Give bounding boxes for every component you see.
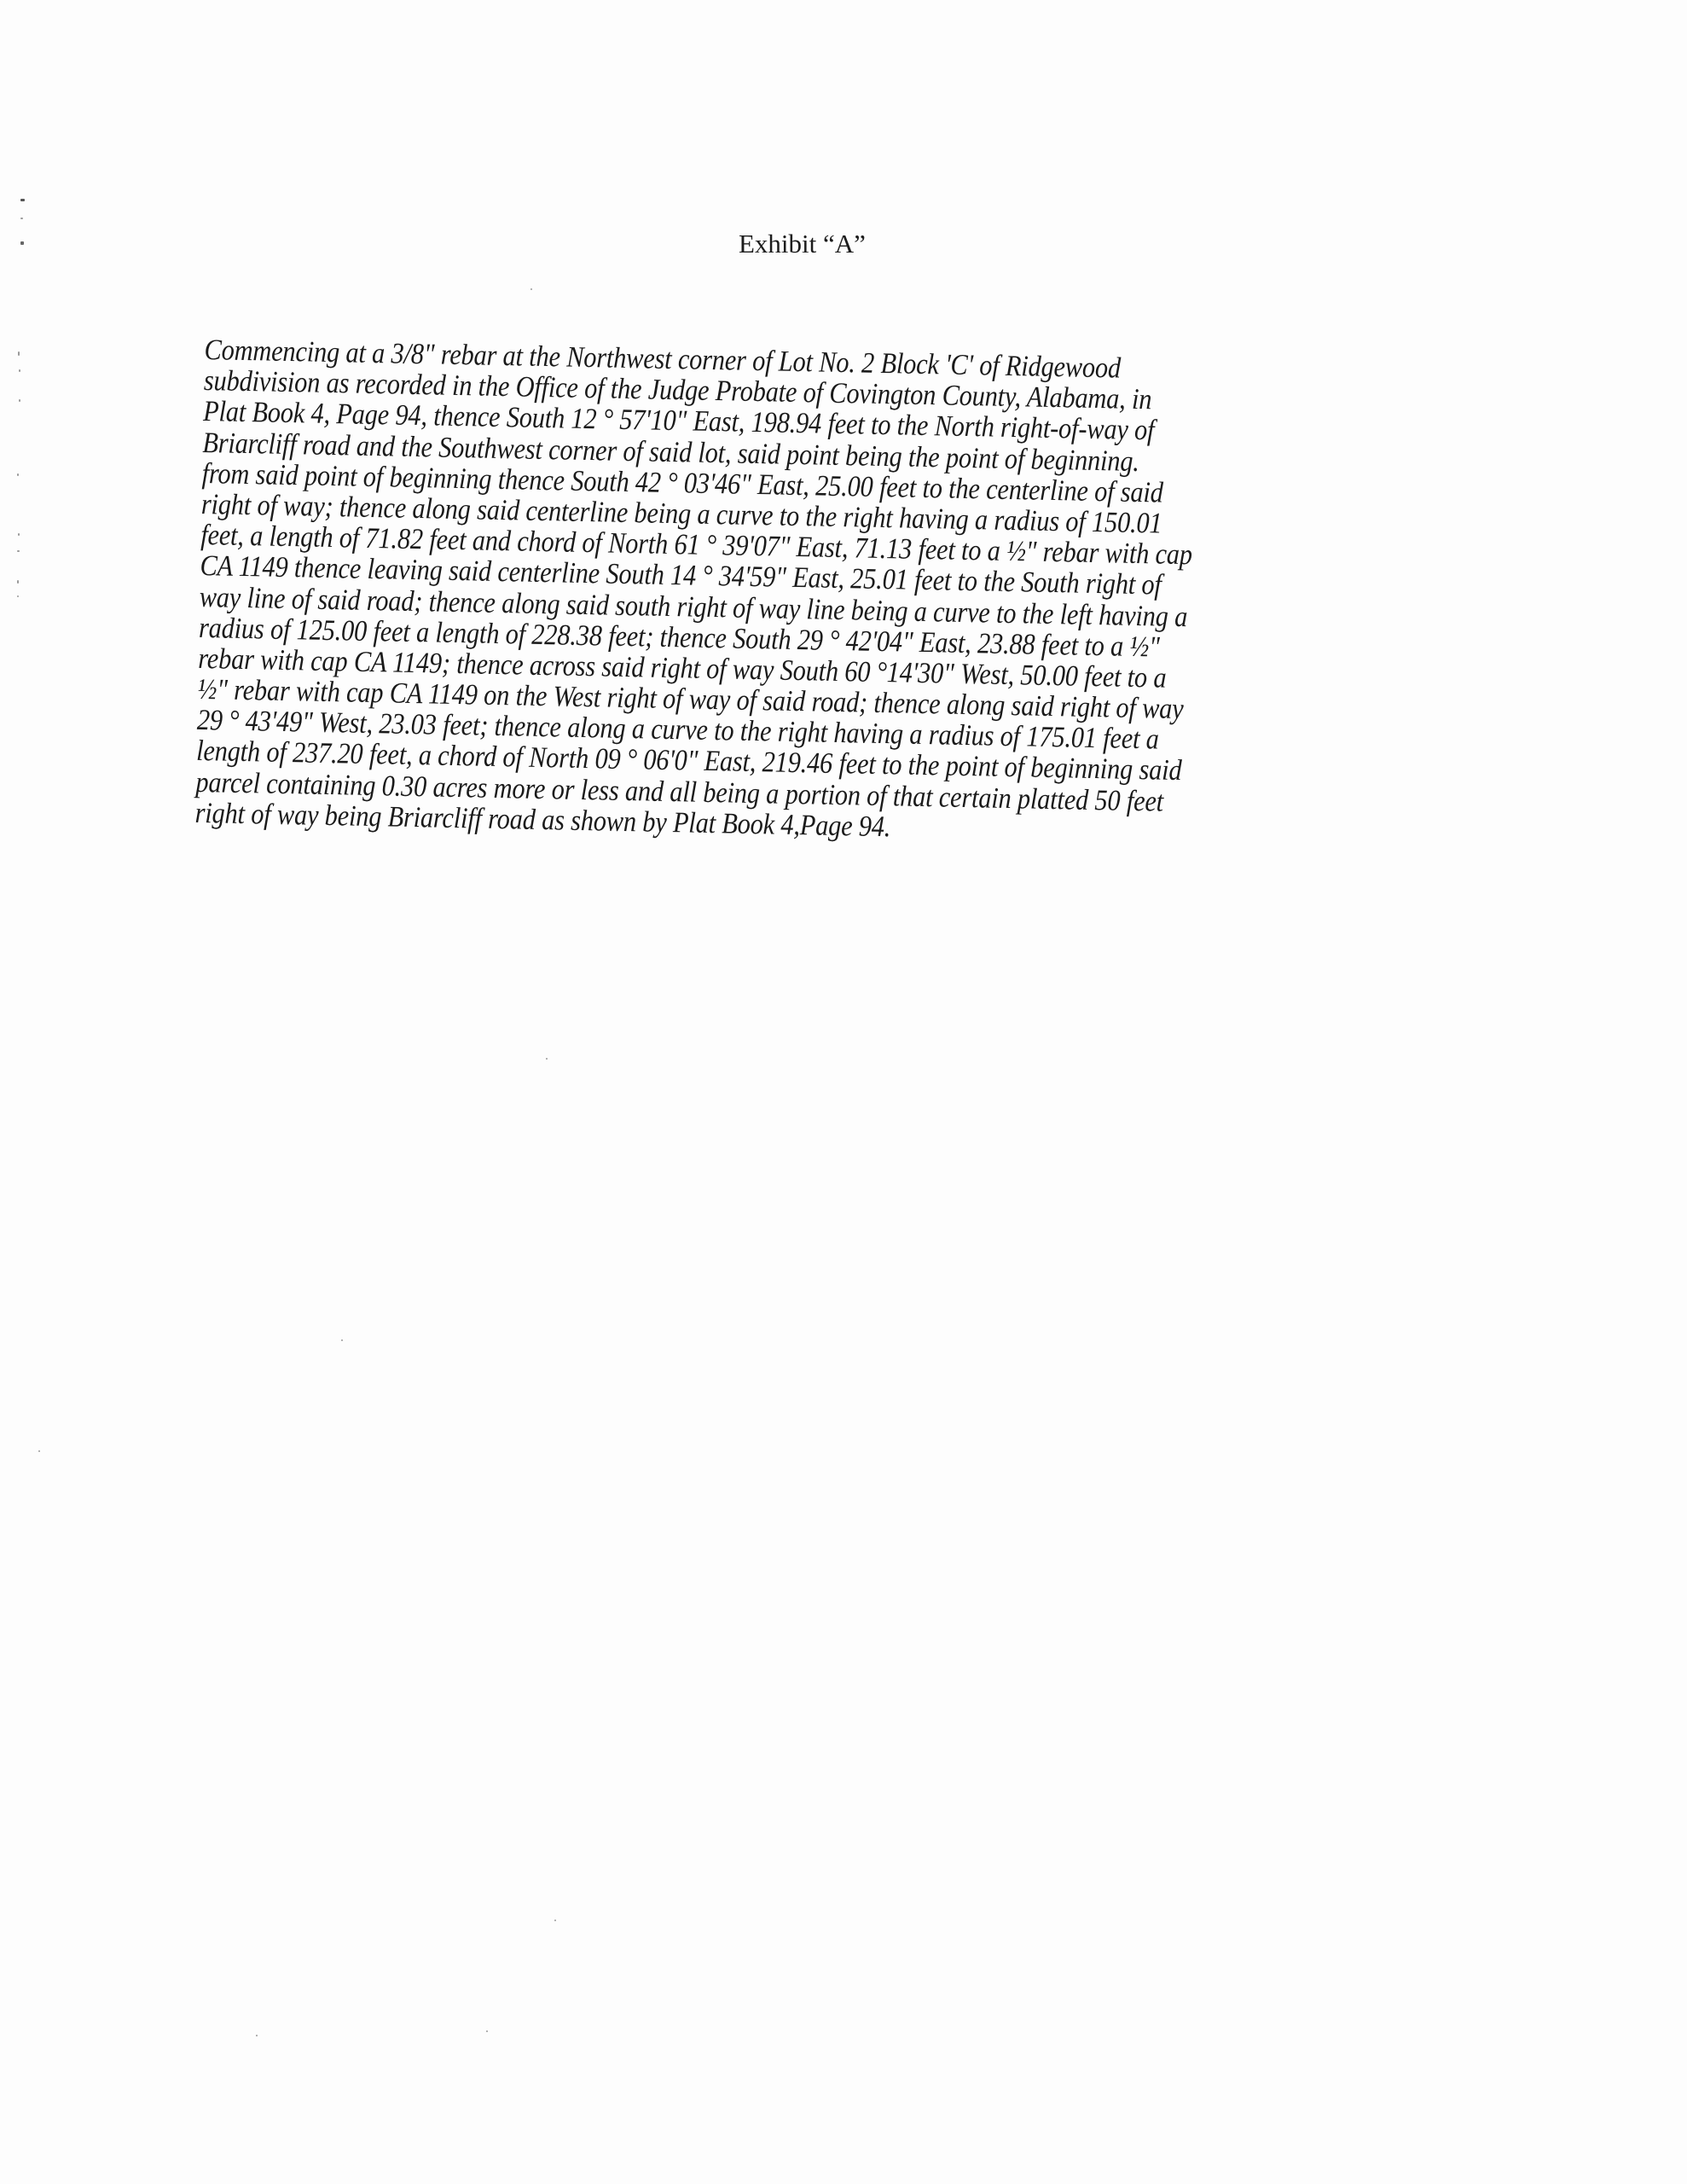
scan-speck (18, 351, 20, 356)
scan-speck (530, 288, 532, 290)
scan-speck (38, 1450, 40, 1452)
scan-speck (20, 241, 24, 245)
scanned-page: Exhibit “A” Commencing at a 3/8" rebar a… (0, 0, 1687, 2184)
scan-speck (20, 199, 25, 201)
scan-speck (19, 399, 20, 402)
scan-speck (20, 218, 23, 219)
scan-speck (341, 1339, 343, 1341)
legal-description-paragraph: Commencing at a 3/8" rebar at the Northw… (194, 334, 1483, 854)
scan-speck (17, 580, 19, 584)
scan-speck (17, 595, 19, 597)
scan-speck (554, 1920, 556, 1921)
scan-speck (19, 369, 20, 372)
scan-speck (256, 2035, 258, 2036)
scan-speck (546, 1058, 548, 1060)
scan-speck (17, 550, 20, 552)
scan-speck (17, 473, 19, 476)
scan-speck (18, 533, 20, 536)
exhibit-title: Exhibit “A” (739, 229, 866, 259)
scan-speck (486, 2030, 488, 2032)
